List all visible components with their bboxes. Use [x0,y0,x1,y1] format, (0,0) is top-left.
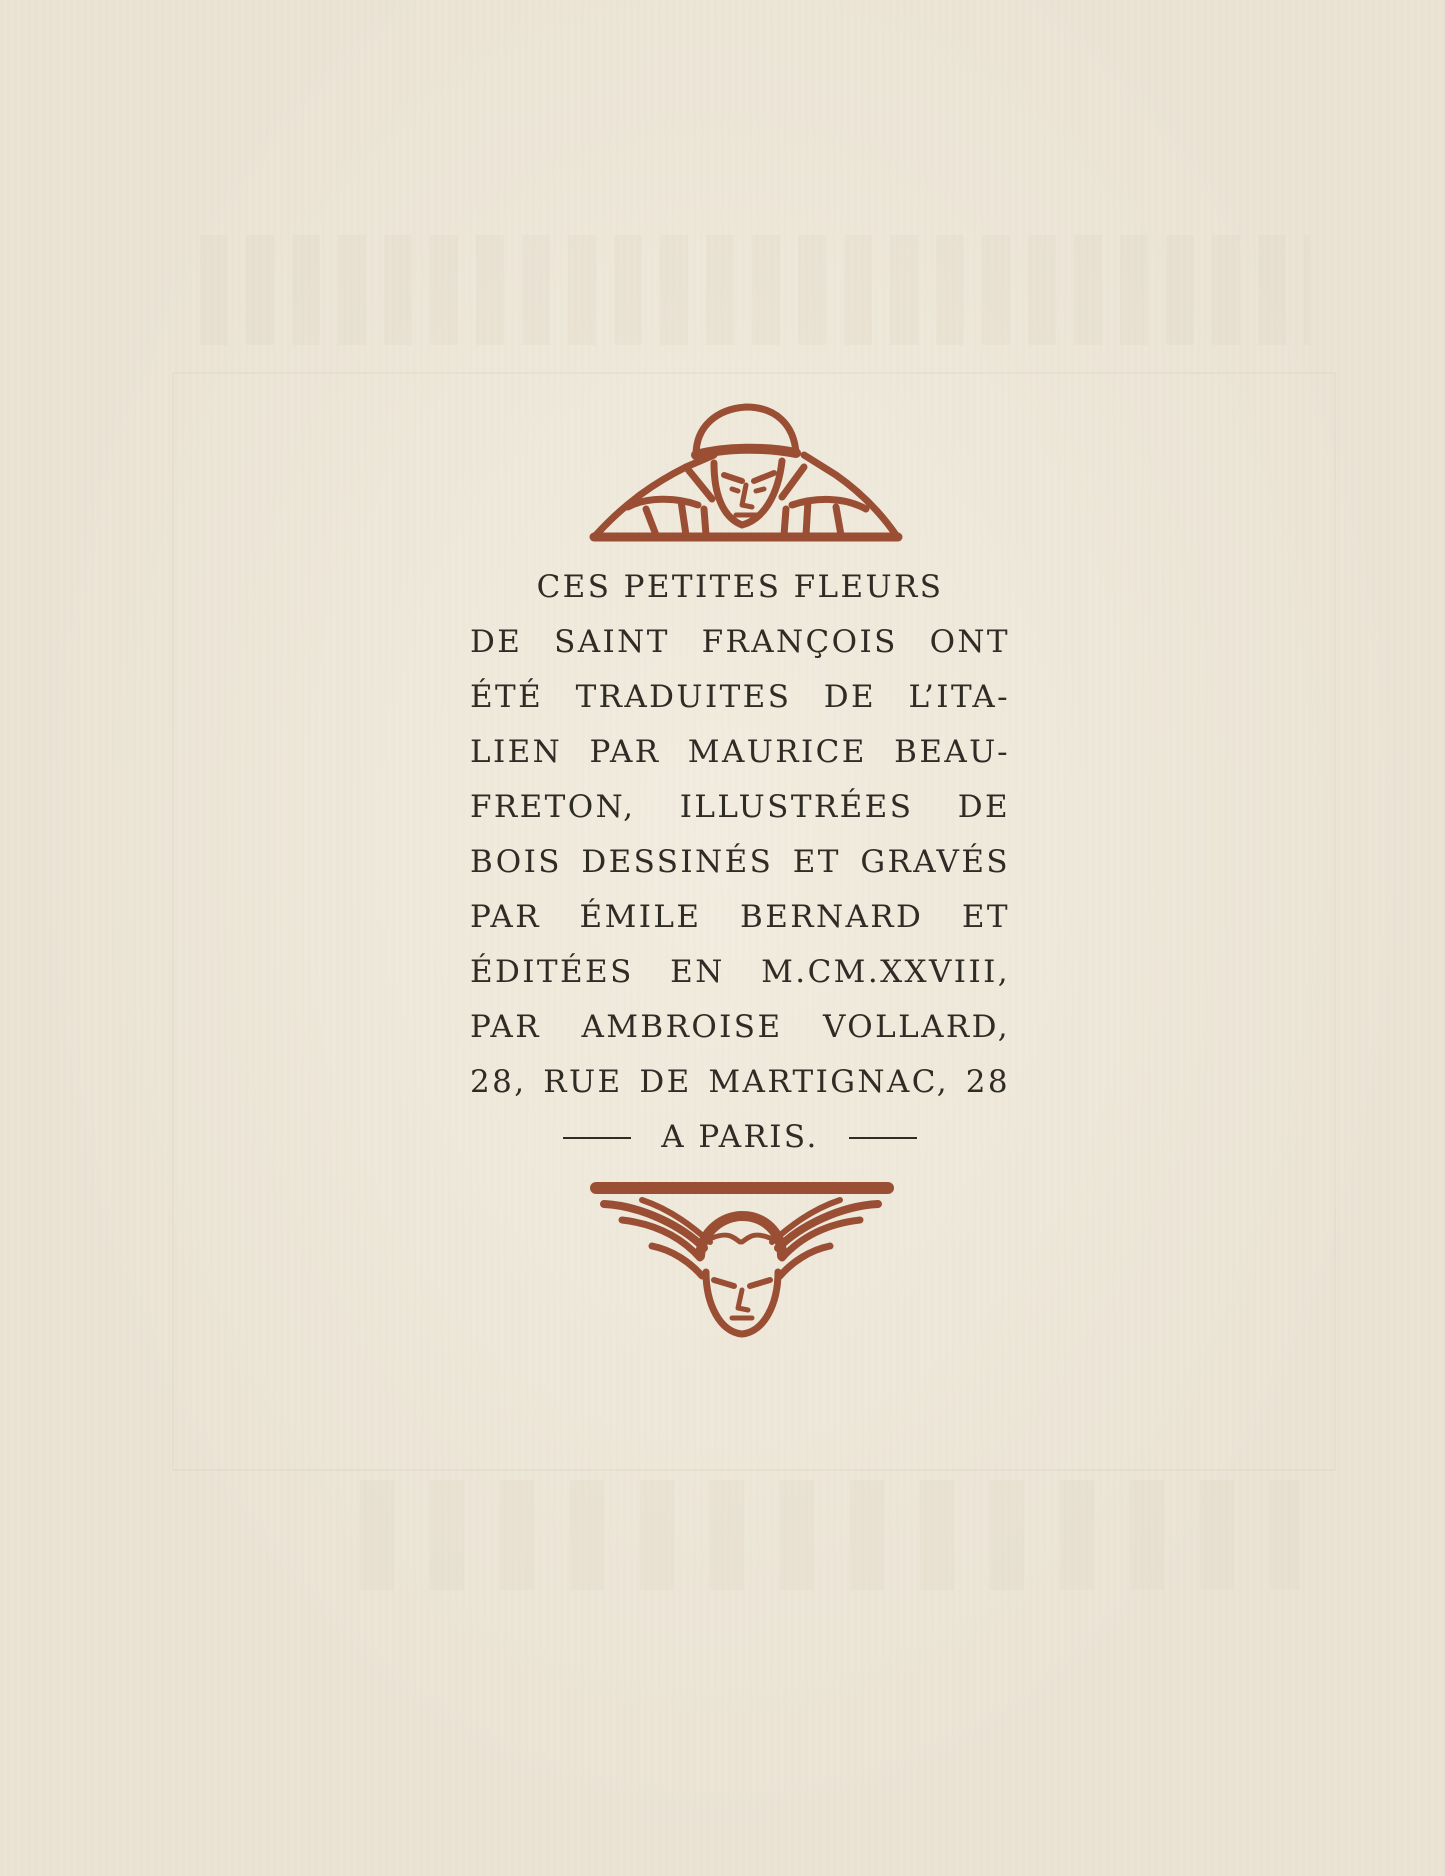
colophon-line-7: PAR ÉMILE BERNARD ET [470,890,1010,945]
colophon-line-6: BOIS DESSINÉS ET GRAVÉS [470,835,1010,890]
right-dash-rule [849,1137,917,1139]
closing-place: A PARIS. [661,1110,818,1165]
colophon-closing: A PARIS. [470,1110,1010,1165]
monk-head-ornament-icon [586,397,904,543]
colophon-line-10: 28, RUE DE MARTIGNAC, 28 [470,1055,1010,1110]
colophon-line-3: ÉTÉ TRADUITES DE L’ITA- [470,670,1010,725]
colophon-line-8: ÉDITÉES EN M.CM.XXVIII, [470,945,1010,1000]
colophon-line-5: FRETON, ILLUSTRÉES DE [470,780,1010,835]
colophon-line-2: DE SAINT FRANÇOIS ONT [470,615,1010,670]
show-through-bottom-text [360,1480,1300,1590]
left-dash-rule [563,1137,631,1139]
colophon-line-9: PAR AMBROISE VOLLARD, [470,1000,1010,1055]
show-through-title [200,235,1310,345]
winged-head-ornament-icon [582,1176,900,1341]
colophon-line-4: LIEN PAR MAURICE BEAU- [470,725,1010,780]
colophon-line-1: CES PETITES FLEURS [470,560,1010,615]
colophon-text-block: CES PETITES FLEURS DE SAINT FRANÇOIS ONT… [470,560,1010,1165]
